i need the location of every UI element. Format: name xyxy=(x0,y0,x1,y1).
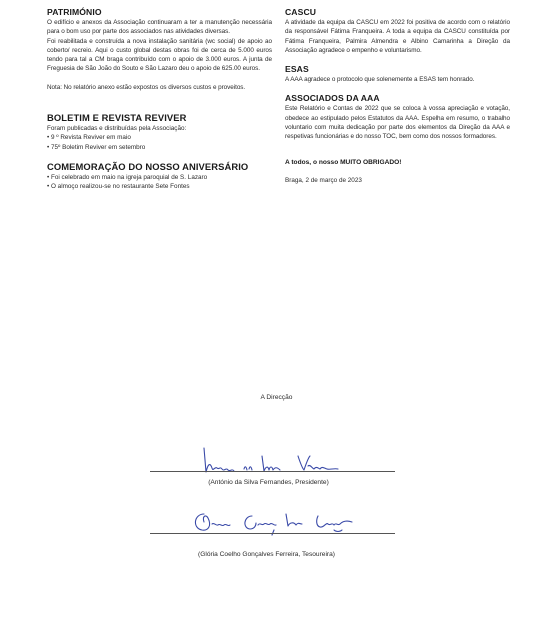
section-esas: ESAS A AAA agradece o protocolo que sole… xyxy=(285,64,510,84)
associados-paragraph: Este Relatório e Contas de 2022 que se c… xyxy=(285,104,510,141)
section-title-boletim: BOLETIM E REVISTA REVIVER xyxy=(47,112,272,124)
president-signature xyxy=(200,442,360,478)
section-aniversario: COMEMORAÇÃO DO NOSSO ANIVERSÁRIO • Foi c… xyxy=(47,161,272,192)
aniversario-item: • O almoço realizou-se no restaurante Se… xyxy=(47,182,272,191)
direction-heading: A Direcção xyxy=(0,394,553,401)
thanks-text: A todos, o nosso MUITO OBRIGADO! xyxy=(285,158,510,168)
patrimonio-paragraph-2: Foi reabilitada e construída a nova inst… xyxy=(47,37,272,74)
section-associados: ASSOCIADOS DA AAA Este Relatório e Conta… xyxy=(285,93,510,141)
patrimonio-paragraph-1: O edifício e anexos da Associação contin… xyxy=(47,18,272,37)
boletim-item: • 75º Boletim Reviver em setembro xyxy=(47,143,272,152)
left-column: PATRIMÓNIO O edifício e anexos da Associ… xyxy=(47,7,272,192)
president-name: (António da Silva Fernandes, Presidente) xyxy=(0,479,545,486)
section-title-patrimonio: PATRIMÓNIO xyxy=(47,7,272,18)
section-title-associados: ASSOCIADOS DA AAA xyxy=(285,93,510,104)
treasurer-signature-line xyxy=(150,533,395,534)
president-signature-line xyxy=(150,471,395,472)
patrimonio-note: Nota: No relatório anexo estão expostos … xyxy=(47,83,272,92)
section-patrimonio: PATRIMÓNIO O edifício e anexos da Associ… xyxy=(47,7,272,92)
boletim-intro: Foram publicadas e distribuídas pela Ass… xyxy=(47,124,272,133)
section-title-esas: ESAS xyxy=(285,64,510,75)
date-text: Braga, 2 de março de 2023 xyxy=(285,176,510,185)
section-title-cascu: CASCU xyxy=(285,7,510,18)
section-boletim: BOLETIM E REVISTA REVIVER Foram publicad… xyxy=(47,112,272,152)
aniversario-item: • Foi celebrado em maio na igreja paroqu… xyxy=(47,173,272,182)
treasurer-name: (Glória Coelho Gonçalves Ferreira, Tesou… xyxy=(0,551,543,558)
section-cascu: CASCU A atividade da equipa da CASCU em … xyxy=(285,7,510,55)
boletim-item: • 9 º Revista Reviver em maio xyxy=(47,133,272,142)
cascu-paragraph: A atividade da equipa da CASCU em 2022 f… xyxy=(285,18,510,55)
right-column: CASCU A atividade da equipa da CASCU em … xyxy=(285,7,510,185)
section-title-aniversario: COMEMORAÇÃO DO NOSSO ANIVERSÁRIO xyxy=(47,161,272,173)
esas-paragraph: A AAA agradece o protocolo que solenemen… xyxy=(285,75,510,84)
